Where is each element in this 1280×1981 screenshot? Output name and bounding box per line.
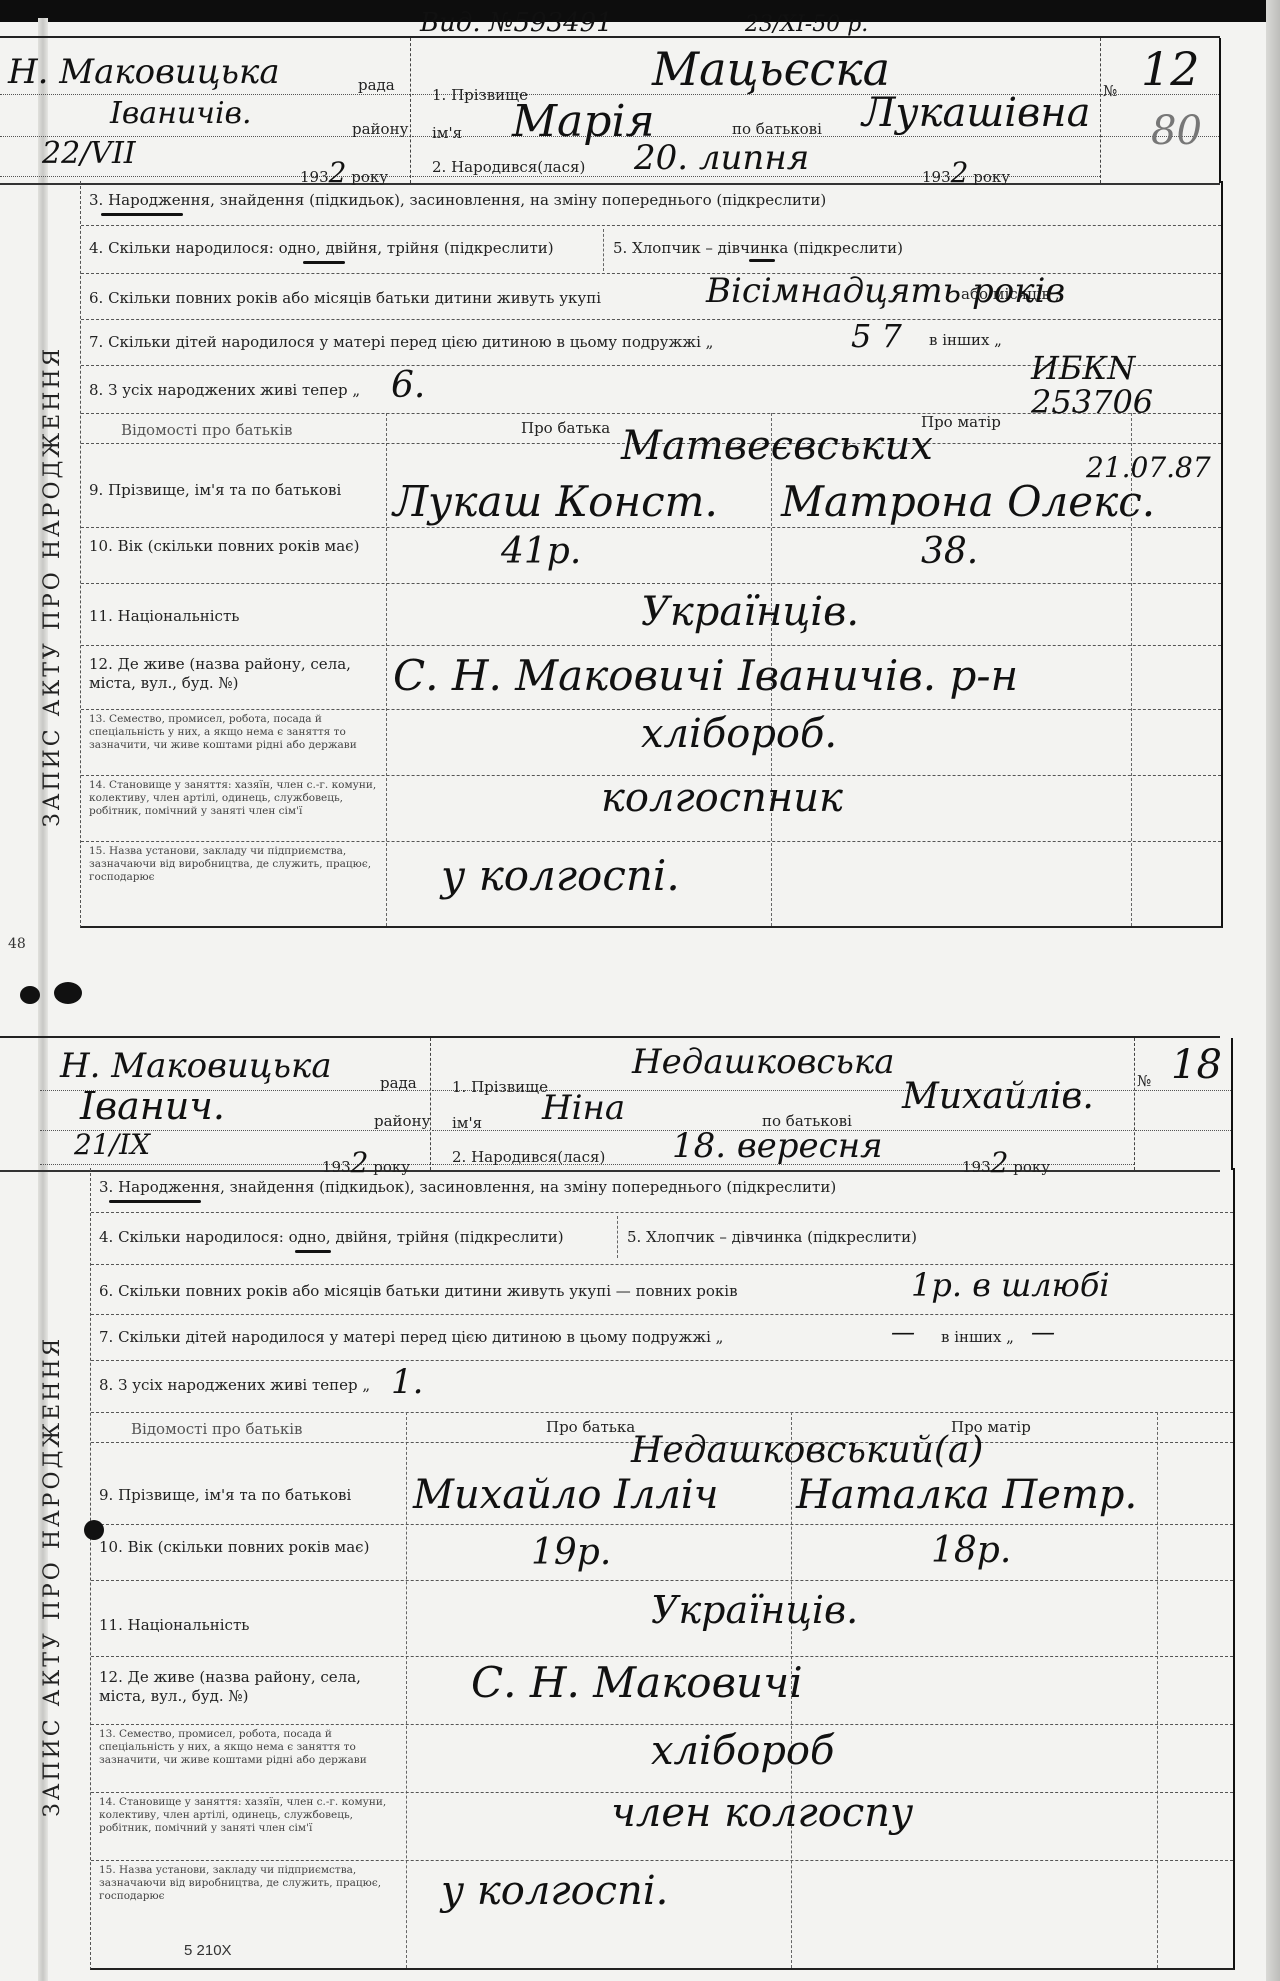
residence: С. Н. Маковичі <box>471 1658 803 1707</box>
underline-single <box>303 261 345 264</box>
question-3: 3. Народження, знайдення (підкидьок), за… <box>99 1178 836 1196</box>
children-other: — <box>1031 1318 1055 1346</box>
child-patronymic: Лукашівна <box>862 90 1090 136</box>
ink-blot <box>84 1520 104 1540</box>
question-8: 8. З усіх народжених живі тепер „ <box>89 381 360 399</box>
top-annotation: Вид. №593491 <box>420 8 613 38</box>
child-birth-date: 18. вересня <box>672 1126 883 1166</box>
family-surname: Матвеєвських <box>621 423 933 469</box>
raionu-label: району <box>374 1112 430 1130</box>
pencil-number: 80 <box>1151 108 1202 154</box>
employment-status: колгоспник <box>601 775 843 821</box>
question-12: 12. Де живе (назва району, села, міста, … <box>99 1668 389 1706</box>
birth-record-1: Н. Маковицька рада Іваничів. району 22/V… <box>0 36 1268 936</box>
record-header: Н. Маковицька рада Іванич. району 21/IX … <box>0 1036 1220 1172</box>
question-9: 9. Прізвище, ім'я та по батькові <box>89 481 379 500</box>
record-number: 12 <box>1141 42 1200 96</box>
record-number-box: № 12 80 <box>1100 38 1221 183</box>
side-title-vertical: ЗАПИС АКТУ ПРО НАРОДЖЕННЯ <box>40 1236 76 1916</box>
rada-label: рада <box>358 76 395 94</box>
question-15: 15. Назва установи, закладу чи підприємс… <box>89 845 379 884</box>
name-label: ім'я <box>432 124 462 142</box>
rada-label: рада <box>380 1074 417 1092</box>
mother-age: 38. <box>921 531 978 572</box>
nationality: Українців. <box>651 1588 858 1632</box>
number-sign: № <box>1137 1072 1151 1090</box>
question-6: 6. Скільки повних років або місяців бать… <box>99 1282 738 1300</box>
family-surname: Недашковський(а) <box>631 1430 983 1471</box>
living-now: 6. <box>391 365 425 406</box>
registration-date: 21/IX <box>74 1128 150 1161</box>
council-name: Н. Маковицька <box>60 1046 332 1086</box>
child-patronymic: Михайлів. <box>902 1076 1094 1117</box>
surname-label: 1. Прізвище <box>452 1078 548 1096</box>
registration-date: 22/VII <box>42 136 136 171</box>
question-9: 9. Прізвище, ім'я та по батькові <box>99 1486 389 1505</box>
question-10: 10. Вік (скільки повних років має) <box>89 537 379 556</box>
number-sign: № <box>1103 82 1117 100</box>
top-date-annotation: 23/XI-50 р. <box>745 12 868 37</box>
child-surname: Недашковська <box>632 1042 895 1082</box>
header-child-block: 1. Прізвище Мацьєска ім'я Марія по батьк… <box>412 38 1100 183</box>
child-birth-date: 20. липня <box>634 138 809 178</box>
children-before: — <box>891 1318 915 1346</box>
question-4: 4. Скільки народилося: одно, двійня, трі… <box>89 239 554 257</box>
parents-header: Відомості про батьків <box>131 1420 303 1438</box>
underline-girl <box>749 259 775 262</box>
father-age: 19р. <box>531 1532 611 1573</box>
nationality: Українців. <box>641 589 859 635</box>
scan-right-edge <box>1266 0 1280 1981</box>
record-body: 3. Народження, знайдення (підкидьок), за… <box>90 1168 1235 1970</box>
child-surname: Мацьєска <box>652 42 890 96</box>
question-5: 5. Хлопчик – дівчинка (підкреслити) <box>613 239 903 257</box>
residence: С. Н. Маковичі Іваничів. р-н <box>393 651 1018 700</box>
name-label: ім'я <box>452 1114 482 1132</box>
employment-status: член колгоспу <box>611 1790 913 1836</box>
margin-note-id: ИБКN 253706 <box>1031 351 1211 419</box>
born-label: 2. Народився(лася) <box>452 1148 605 1166</box>
about-father-header: Про батька <box>546 1418 635 1436</box>
father-name: Михайло Ілліч <box>413 1472 719 1518</box>
record-number: 18 <box>1171 1042 1222 1088</box>
page-number: 48 <box>8 936 26 952</box>
ink-blot <box>54 982 82 1004</box>
council-name: Н. Маковицька <box>8 52 280 92</box>
record-body: 3. Народження, знайдення (підкидьок), за… <box>80 181 1223 928</box>
question-3: 3. Народження, знайдення (підкидьок), за… <box>89 191 826 209</box>
father-name: Лукаш Конст. <box>393 477 718 526</box>
years-together: Вісімнадцять років <box>706 271 1065 311</box>
mother-name: Наталка Петр. <box>796 1472 1137 1518</box>
record-number-box: № 18 <box>1134 1038 1233 1170</box>
underline-birth <box>109 1200 201 1203</box>
father-age: 41р. <box>501 531 581 572</box>
born-label: 2. Народився(лася) <box>432 158 585 176</box>
question-14: 14. Становище у заняття: хазяїн, член с.… <box>99 1796 389 1835</box>
occupation: хлібороб. <box>641 711 837 757</box>
underline-birth <box>101 213 183 216</box>
question-14: 14. Становище у заняття: хазяїн, член с.… <box>89 779 379 818</box>
mother-age: 18р. <box>931 1530 1011 1571</box>
other-marriage-label: в інших „ <box>941 1328 1014 1346</box>
question-8: 8. З усіх народжених живі тепер „ <box>99 1376 370 1394</box>
record-header: Н. Маковицька рада Іваничів. району 22/V… <box>0 36 1220 185</box>
birth-record-2: Н. Маковицька рада Іванич. району 21/IX … <box>0 1036 1268 1966</box>
patronymic-label: по батькові <box>732 120 822 138</box>
question-5: 5. Хлопчик – дівчинка (підкреслити) <box>627 1228 917 1246</box>
header-child-block: 1. Прізвище Недашковська ім'я Ніна по ба… <box>432 1038 1134 1170</box>
occupation: хлібороб <box>651 1728 834 1774</box>
living-now: 1. <box>391 1362 423 1402</box>
side-title-vertical: ЗАПИС АКТУ ПРО НАРОДЖЕННЯ <box>40 266 76 906</box>
question-6: 6. Скільки повних років або місяців бать… <box>89 289 601 307</box>
header-registration-block: Н. Маковицька рада Іванич. району 21/IX … <box>40 1038 431 1170</box>
parents-header: Відомості про батьків <box>121 421 293 439</box>
question-10: 10. Вік (скільки повних років має) <box>99 1538 389 1557</box>
other-marriage-label: в інших „ <box>929 331 1002 349</box>
children-before: 5 7 <box>851 317 902 355</box>
question-13: 13. Семество, промисел, робота, посада й… <box>89 713 379 752</box>
question-7: 7. Скільки дітей народилося у матері пер… <box>89 333 713 351</box>
question-7: 7. Скільки дітей народилося у матері пер… <box>99 1328 723 1346</box>
district-name: Іваничів. <box>110 96 252 131</box>
ink-blot <box>20 986 40 1004</box>
question-4: 4. Скільки народилося: одно, двійня, трі… <box>99 1228 564 1246</box>
years-together: 1р. в шлюбі <box>911 1266 1110 1304</box>
district-name: Іванич. <box>80 1084 225 1128</box>
about-father-header: Про батька <box>521 419 610 437</box>
scan-top-edge <box>0 0 1280 22</box>
child-first-name: Ніна <box>542 1088 625 1128</box>
workplace: у колгоспі. <box>441 851 680 900</box>
header-registration-block: Н. Маковицька рада Іваничів. району 22/V… <box>0 38 411 183</box>
mother-name: Матрона Олекс. <box>781 477 1155 526</box>
footer-code: 5 210X <box>184 1942 232 1959</box>
question-12: 12. Де живе (назва району, села, міста, … <box>89 655 379 693</box>
question-13: 13. Семество, промисел, робота, посада й… <box>99 1728 389 1767</box>
workplace: у колгоспі. <box>441 1868 668 1914</box>
underline-single <box>295 1250 331 1253</box>
question-11: 11. Національність <box>99 1616 389 1635</box>
question-11: 11. Національність <box>89 607 379 626</box>
question-15: 15. Назва установи, закладу чи підприємс… <box>99 1864 389 1903</box>
raionu-label: району <box>352 120 408 138</box>
